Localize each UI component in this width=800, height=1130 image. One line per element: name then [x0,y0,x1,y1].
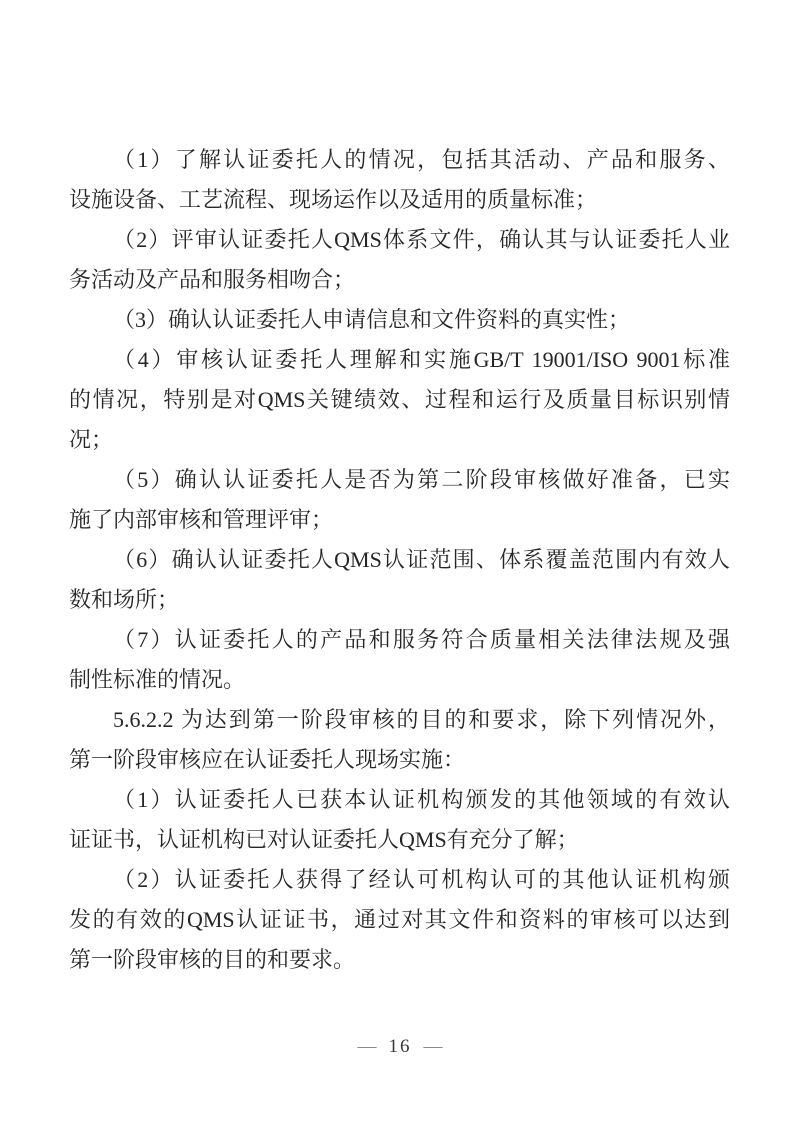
document-page: （1）了解认证委托人的情况，包括其活动、产品和服务、 设施设备、工艺流程、现场运… [0,0,800,1130]
paragraph: （5）确认认证委托人是否为第二阶段审核做好准备，已实 施了内部审核和管理评审； [69,460,730,540]
text-line: 务活动及产品和服务相吻合； [69,260,730,300]
text-line: （1）了解认证委托人的情况，包括其活动、产品和服务、 [69,140,730,180]
text-line: （7）认证委托人的产品和服务符合质量相关法律法规及强 [69,620,730,660]
paragraph: （2）评审认证委托人QMS体系文件，确认其与认证委托人业 务活动及产品和服务相吻… [69,220,730,300]
text-line: 设施设备、工艺流程、现场运作以及适用的质量标准； [69,180,730,220]
text-line: （2）认证委托人获得了经认可机构认可的其他认证机构颁 [69,860,730,900]
page-number: 16 [389,1036,412,1057]
page-footer: —16— [0,1032,800,1062]
text-line: 数和场所； [69,580,730,620]
paragraph: （1）了解认证委托人的情况，包括其活动、产品和服务、 设施设备、工艺流程、现场运… [69,140,730,220]
text-line: （5）确认认证委托人是否为第二阶段审核做好准备，已实 [69,460,730,500]
text-line: 的情况，特别是对QMS关键绩效、过程和运行及质量目标识别情 [69,380,730,420]
text-line: （6）确认认证委托人QMS认证范围、体系覆盖范围内有效人 [69,540,730,580]
text-line: （4）审核认证委托人理解和实施GB/T 19001/ISO 9001标准 [69,340,730,380]
footer-dash-left: — [346,1036,389,1057]
text-line: 第一阶段审核的目的和要求。 [69,940,730,980]
text-line: 5.6.2.2 为达到第一阶段审核的目的和要求，除下列情况外， [69,700,730,740]
text-line: 证证书，认证机构已对认证委托人QMS有充分了解； [69,820,730,860]
text-line: （1）认证委托人已获本认证机构颁发的其他领域的有效认 [69,780,730,820]
text-line: 第一阶段审核应在认证委托人现场实施： [69,740,730,780]
page-body-text: （1）了解认证委托人的情况，包括其活动、产品和服务、 设施设备、工艺流程、现场运… [69,140,730,980]
paragraph: （7）认证委托人的产品和服务符合质量相关法律法规及强 制性标准的情况。 [69,620,730,700]
footer-dash-right: — [412,1036,455,1057]
paragraph: （1）认证委托人已获本认证机构颁发的其他领域的有效认 证证书，认证机构已对认证委… [69,780,730,860]
paragraph: （6）确认认证委托人QMS认证范围、体系覆盖范围内有效人 数和场所； [69,540,730,620]
text-line: 制性标准的情况。 [69,660,730,700]
text-line: （2）评审认证委托人QMS体系文件，确认其与认证委托人业 [69,220,730,260]
text-line: （3）确认认证委托人申请信息和文件资料的真实性； [69,300,730,340]
text-line: 况； [69,420,730,460]
paragraph: （3）确认认证委托人申请信息和文件资料的真实性； [69,300,730,340]
paragraph: （4）审核认证委托人理解和实施GB/T 19001/ISO 9001标准 的情况… [69,340,730,460]
paragraph-section-5-6-2-2: 5.6.2.2 为达到第一阶段审核的目的和要求，除下列情况外， 第一阶段审核应在… [69,700,730,780]
text-line: 施了内部审核和管理评审； [69,500,730,540]
text-line: 发的有效的QMS认证证书，通过对其文件和资料的审核可以达到 [69,900,730,940]
paragraph: （2）认证委托人获得了经认可机构认可的其他认证机构颁 发的有效的QMS认证证书，… [69,860,730,980]
